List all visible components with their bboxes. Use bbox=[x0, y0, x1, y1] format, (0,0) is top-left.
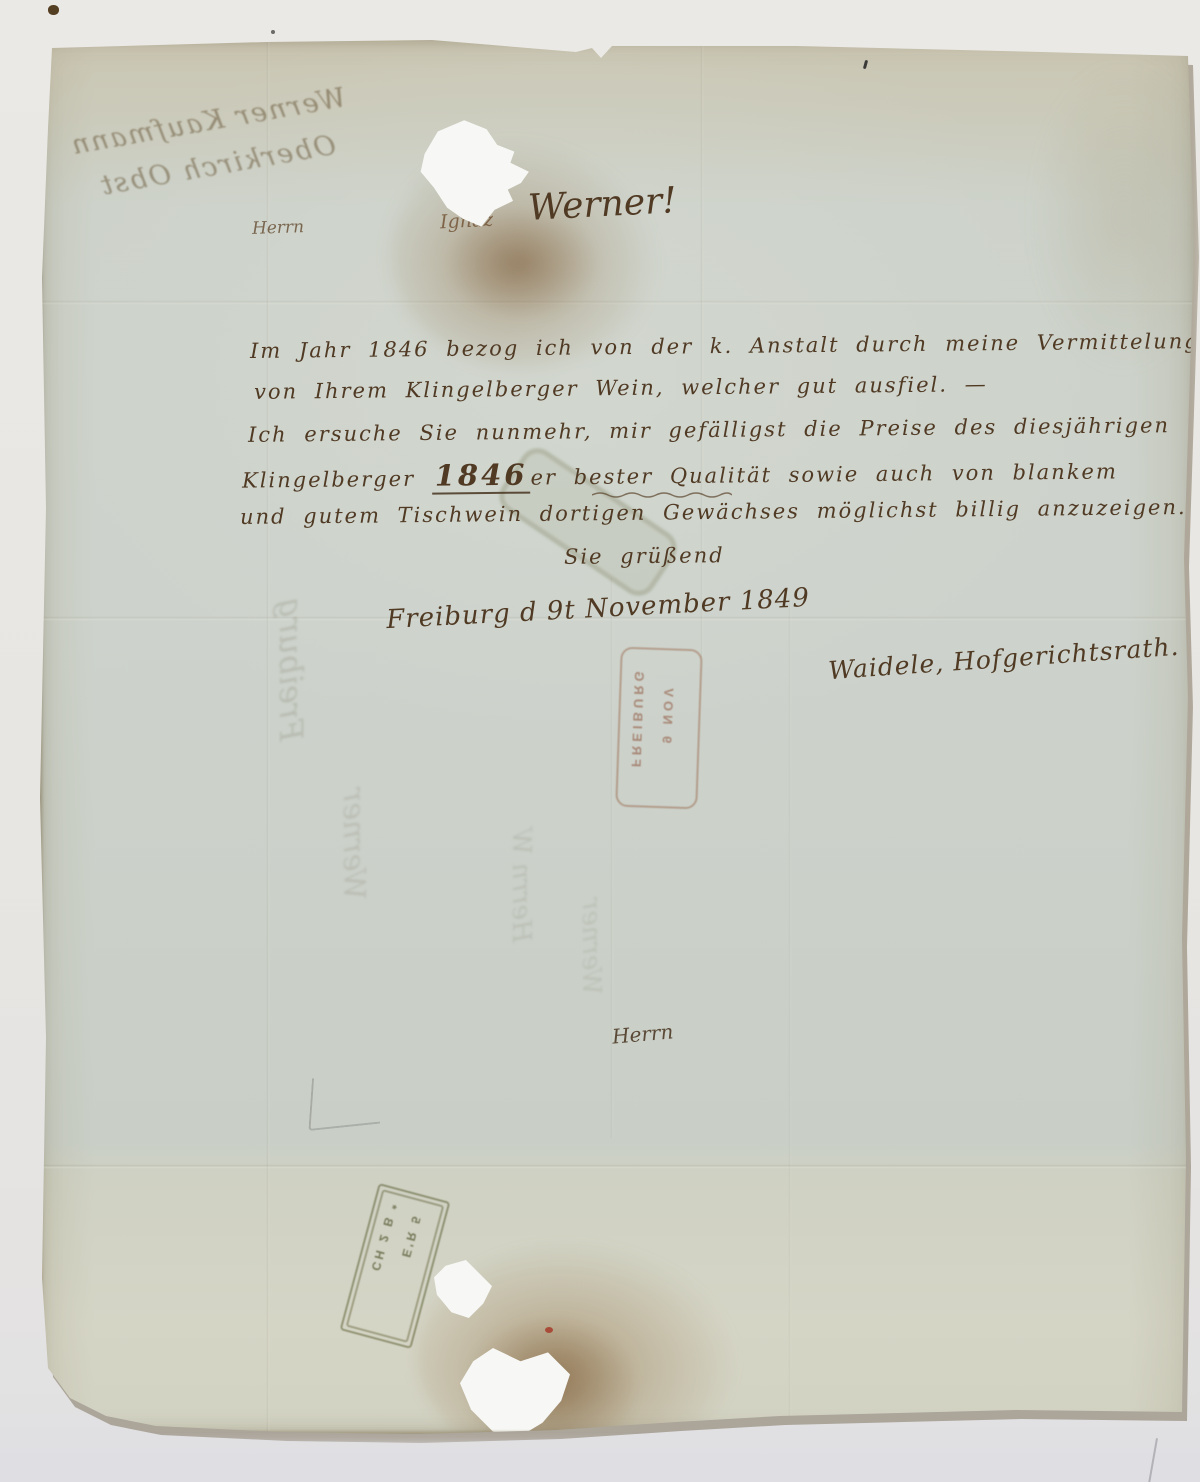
body-line-1: Im Jahr 1846 bezog ich von der k. Anstal… bbox=[250, 329, 1200, 363]
body-line-2: von Ihrem Klingelberger Wein, welcher gu… bbox=[254, 372, 988, 404]
salutation-surname: Werner! bbox=[527, 180, 678, 229]
letter-photograph: Werner Kaufmann Oberkirch Obst Freiburg … bbox=[0, 0, 1200, 1482]
salutation-honorific: Herrn bbox=[252, 217, 305, 239]
wavy-underline bbox=[592, 490, 732, 500]
fold-crease-vertical-center bbox=[610, 578, 614, 1138]
ink-bleedthrough-block: Werner Kaufmann Oberkirch Obst bbox=[68, 82, 356, 205]
small-speck-top bbox=[271, 30, 275, 34]
red-postal-stamp: FREIBURG 9 NOV bbox=[615, 647, 703, 810]
letter-paper-sheet: Werner Kaufmann Oberkirch Obst Freiburg … bbox=[36, 38, 1198, 1436]
ink-bleedthrough-vertical-2: Werner bbox=[336, 788, 371, 900]
dark-speck-top-left bbox=[48, 5, 59, 15]
dateline: Freiburg d 9t November 1849 bbox=[386, 583, 811, 635]
red-speck bbox=[545, 1327, 553, 1333]
pencil-angle-mark bbox=[308, 1071, 383, 1131]
fold-crease-vertical-far-right bbox=[788, 598, 792, 1436]
fiber-bottom-right bbox=[1148, 1438, 1158, 1482]
fold-crease-vertical-left bbox=[266, 38, 270, 1436]
body-line-4-year: 1846 bbox=[432, 458, 531, 495]
olive-postal-stamp-line-1: CH 2 B * bbox=[368, 1200, 400, 1273]
fold-crease-horizontal-bottom bbox=[36, 1164, 1198, 1169]
olive-postal-stamp-line-2: E'R 5 bbox=[399, 1212, 424, 1259]
body-line-4-post: er bester Qualität sowie auch von blanke… bbox=[530, 459, 1118, 489]
ink-bleedthrough-vertical-4: Werner bbox=[576, 898, 606, 995]
signature: Waidele, Hofgerichtsrath. bbox=[827, 632, 1180, 685]
body-line-3: Ich ersuche Sie nunmehr, mir gefälligst … bbox=[248, 413, 1170, 447]
address-fragment: Herrn bbox=[611, 1019, 674, 1048]
ink-bleedthrough-vertical-1: Freiburg bbox=[272, 598, 310, 742]
red-postal-stamp-line-1: FREIBURG bbox=[629, 667, 647, 767]
ink-bleedthrough-vertical-3: Herrn W bbox=[506, 828, 536, 943]
body-closing: Sie grüßend bbox=[564, 543, 725, 569]
body-line-5: und gutem Tischwein dortigen Gewächses m… bbox=[240, 495, 1187, 529]
red-postal-stamp-line-2: 9 NOV bbox=[659, 684, 676, 744]
paper-edge-left bbox=[36, 38, 44, 1436]
body-line-4: Klingelberger 1846er bester Qualität sow… bbox=[242, 451, 1118, 494]
stain-right-edge bbox=[1036, 66, 1200, 366]
body-line-4-pre: Klingelberger bbox=[242, 467, 415, 493]
